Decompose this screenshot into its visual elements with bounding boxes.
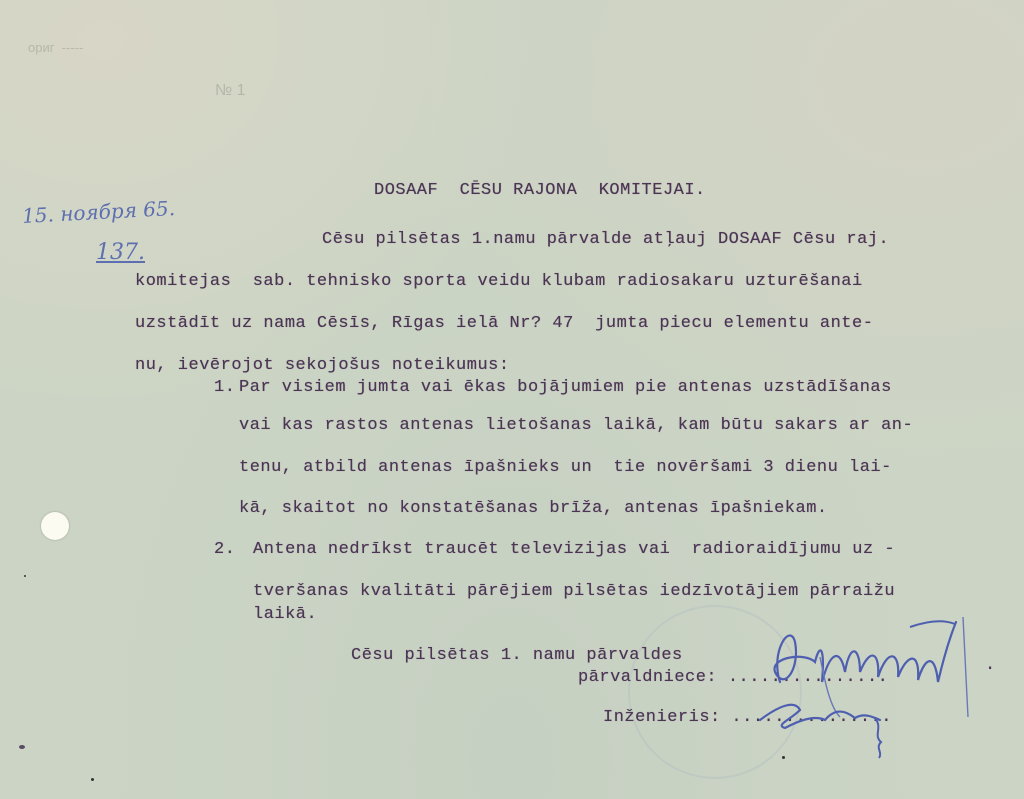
- condition-2-line-3: laikā.: [253, 605, 317, 624]
- faint-bleedthrough-text: ориг -----: [28, 40, 83, 55]
- trailing-dot: .: [985, 656, 996, 675]
- ink-smudge: [19, 745, 25, 749]
- body-line-1: Cēsu pilsētas 1.namu pārvalde atļauj DOS…: [322, 230, 889, 249]
- speck: [91, 778, 94, 781]
- document-heading: DOSAAF CĒSU RAJONA KOMITEJAI.: [374, 181, 706, 200]
- condition-2-line-2: tveršanas kvalitāti pārējiem pilsētas ie…: [253, 582, 895, 601]
- handwritten-number: 137.: [96, 240, 145, 265]
- condition-1-line-4: kā, skaitot no konstatēšanas brīža, ante…: [239, 499, 828, 518]
- body-line-2: komitejas sab. tehnisko sporta veidu klu…: [135, 272, 863, 291]
- document-page: ориг ----- № 1 DOSAAF CĒSU RAJONA KOMITE…: [0, 0, 1024, 799]
- condition-1-line-3: tenu, atbild antenas īpašnieks un tie no…: [239, 458, 892, 477]
- punch-hole: [41, 512, 69, 540]
- condition-1-line-2: vai kas rastos antenas lietošanas laikā,…: [239, 416, 913, 435]
- engineer-signature: [755, 690, 895, 760]
- speck: [782, 756, 785, 759]
- condition-1-number: 1.: [214, 378, 235, 397]
- body-line-3: uzstādīt uz nama Cēsīs, Rīgas ielā Nr? 4…: [135, 314, 873, 333]
- signature-org-line: Cēsu pilsētas 1. namu pārvaldes: [351, 646, 683, 665]
- speck: [24, 575, 26, 577]
- condition-2-number: 2.: [214, 540, 235, 559]
- handwritten-date: 15. ноября 65.: [21, 196, 175, 228]
- condition-1-line-1: Par visiem jumta vai ēkas bojājumiem pie…: [239, 378, 892, 397]
- faint-number-stamp: № 1: [215, 82, 246, 100]
- body-line-4: nu, ievērojot sekojošus noteikumus:: [135, 356, 510, 375]
- condition-2-line-1: Antena nedrīkst traucēt televizijas vai …: [253, 540, 895, 559]
